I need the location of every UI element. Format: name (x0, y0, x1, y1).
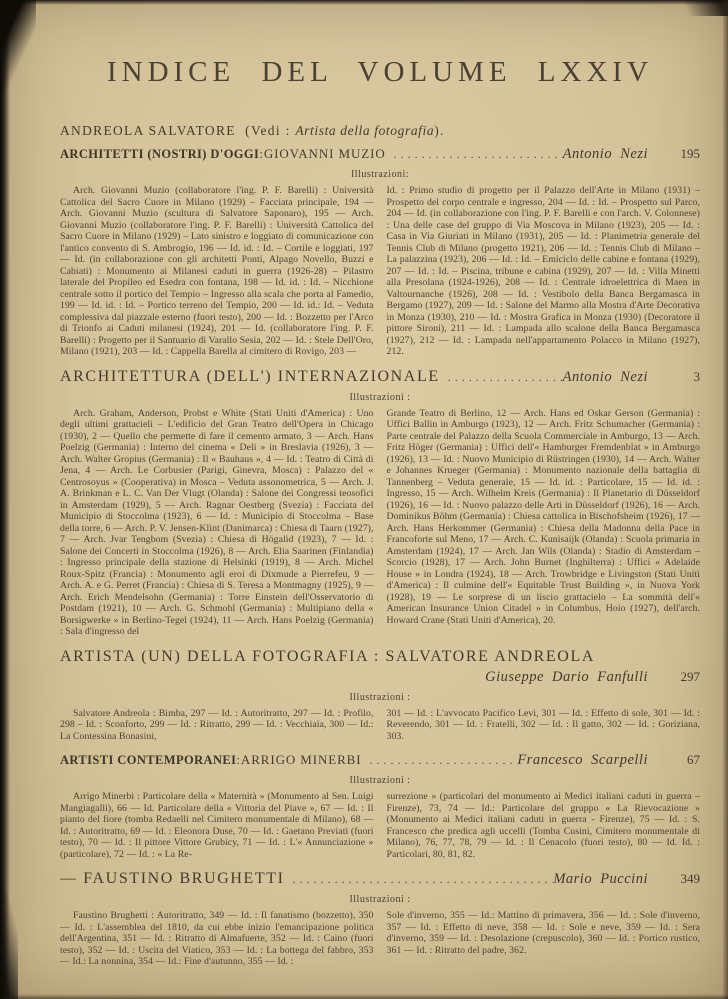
entry-subject: ARTISTA (UN) DELLA FOTOGRAFIA : SALVATOR… (60, 648, 595, 666)
illustrations-left-column: Arrigo Minerbi : Particolare della « Mat… (60, 791, 374, 860)
illustrations-label: Illustrazioni: (60, 169, 700, 180)
illustrations-columns: Arch. Giovanni Muzio (collaboratore l'in… (60, 185, 700, 358)
illustrations-columns: Salvatore Andreola : Bimba, 297 — Id. : … (60, 708, 700, 743)
illustrations-label: Illustrazioni : (60, 392, 700, 403)
illustrations-label: Illustrazioni : (60, 894, 700, 905)
illustrations-right-column: Sole d'inverno, 355 — Id.: Mattino di pr… (387, 910, 701, 968)
entry-author: Antonio Nezi (563, 369, 648, 386)
index-entry-architetti: ARCHITETTI (NOSTRI) D'OGGI : GIOVANNI MU… (60, 146, 700, 358)
leader-dots: ........................................… (361, 753, 517, 768)
entry-author-line: Giuseppe Dario Fanfulli 297 (60, 669, 700, 686)
illustrations-columns: Arch. Graham, Anderson, Probst e White (… (60, 408, 700, 638)
illustrations-columns: Arrigo Minerbi : Particolare della « Mat… (60, 791, 700, 860)
entry-heading-row: ARTISTA (UN) DELLA FOTOGRAFIA : SALVATOR… (60, 648, 700, 666)
entry-author: Francesco Scarpelli (517, 752, 648, 769)
illustrations-right-column: Id. : Primo studio di progetto per il Pa… (387, 185, 701, 358)
entry-page-number: 195 (662, 146, 700, 162)
entry-subject: ARRIGO MINERBI (241, 752, 362, 768)
entry-author: Mario Puccini (553, 871, 648, 888)
entry-page-number: 67 (662, 752, 700, 768)
illustrations-right-column: surrezione » (particolari del monumento … (387, 791, 701, 860)
leader-dots: ........................................… (285, 872, 554, 887)
index-entry-andreola-ref: ANDREOLA SALVATORE (Vedi : Artista della… (60, 123, 700, 139)
scan-edge-bottom-left-corner (0, 869, 18, 999)
page-title: INDICE DEL VOLUME LXXIV (60, 56, 700, 89)
scan-edge-bottom (0, 994, 728, 999)
illustrations-left-column: Salvatore Andreola : Bimba, 297 — Id. : … (60, 708, 374, 743)
entry-name: ANDREOLA SALVATORE (Vedi : Artista della… (60, 123, 445, 139)
illustrations-label: Illustrazioni : (60, 692, 700, 703)
illustrations-right-column: 301 — Id. : L'avvocato Pacifico Levi, 30… (387, 708, 701, 743)
scanned-index-page: INDICE DEL VOLUME LXXIV ANDREOLA SALVATO… (0, 0, 728, 999)
entry-ref-italic: Artista della fotografia (295, 123, 434, 138)
leader-dots: ........................................… (440, 370, 563, 385)
index-entry-brughetti: — FAUSTINO BRUGHETTI ...................… (60, 870, 700, 968)
entry-subject: ARCHITETTURA (DELL') INTERNAZIONALE (60, 368, 440, 386)
entry-author: Antonio Nezi (563, 146, 648, 163)
scan-edge-left (0, 0, 10, 999)
entry-author: Giuseppe Dario Fanfulli (485, 669, 648, 686)
entry-page-number: 3 (662, 369, 700, 385)
entry-page-number: 297 (662, 669, 700, 685)
illustrations-left-column: Arch. Graham, Anderson, Probst e White (… (60, 408, 374, 638)
leader-dots: ........................................… (386, 147, 563, 162)
entry-ref-prefix: (Vedi : (245, 123, 295, 138)
illustrations-left-column: Faustino Brughetti : Autoritratto, 349 —… (60, 910, 374, 968)
entry-subject: GIOVANNI MUZIO (264, 146, 386, 162)
illustrations-right-column: Grande Teatro di Berlino, 12 — Arch. Han… (387, 408, 701, 638)
entry-heading-row: ARCHITETTI (NOSTRI) D'OGGI : GIOVANNI MU… (60, 146, 700, 163)
entry-page-number: 349 (662, 871, 700, 887)
entry-lead: ARTISTI CONTEMPORANEI (60, 753, 236, 768)
scan-edge-right (722, 0, 728, 999)
illustrations-columns: Faustino Brughetti : Autoritratto, 349 —… (60, 910, 700, 968)
entry-subject: — FAUSTINO BRUGHETTI (60, 870, 285, 888)
index-entry-architettura: ARCHITETTURA (DELL') INTERNAZIONALE ....… (60, 368, 700, 638)
illustrations-label: Illustrazioni : (60, 775, 700, 786)
entry-lead: ARCHITETTI (NOSTRI) D'OGGI (60, 147, 259, 162)
index-entry-artista-fotografia: ARTISTA (UN) DELLA FOTOGRAFIA : SALVATOR… (60, 648, 700, 743)
page-content: INDICE DEL VOLUME LXXIV ANDREOLA SALVATO… (60, 0, 700, 977)
illustrations-left-column: Arch. Giovanni Muzio (collaboratore l'in… (60, 185, 374, 358)
scan-edge-top-left-corner (0, 0, 36, 95)
entry-heading-row: ARCHITETTURA (DELL') INTERNAZIONALE ....… (60, 368, 700, 386)
entry-heading-row: — FAUSTINO BRUGHETTI ...................… (60, 870, 700, 888)
entry-name-text: ANDREOLA SALVATORE (60, 123, 236, 138)
entry-ref-suffix: ). (434, 123, 444, 138)
entry-heading-row: ARTISTI CONTEMPORANEI : ARRIGO MINERBI .… (60, 752, 700, 769)
index-entry-artisti-contemporanei: ARTISTI CONTEMPORANEI : ARRIGO MINERBI .… (60, 752, 700, 860)
